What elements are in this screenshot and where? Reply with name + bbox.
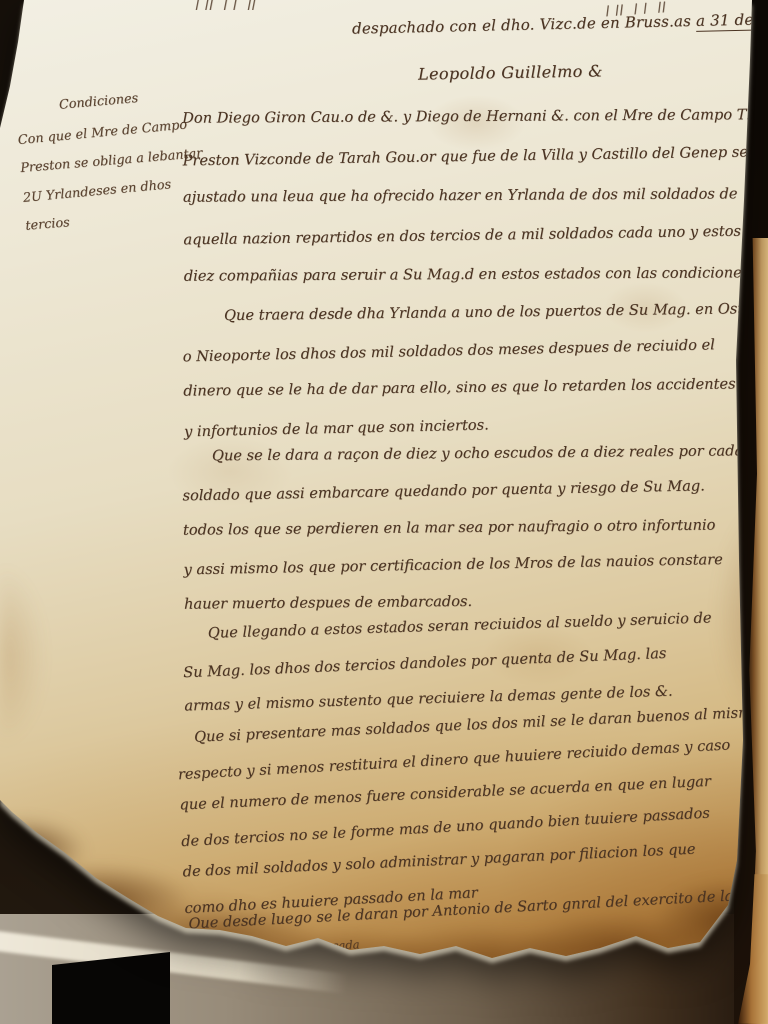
paragraph-1: Don Diego Giron Cau.o de &. y Diego de H… xyxy=(182,94,746,297)
manuscript-line: Preston Vizconde de Tarah Gou.or que fue… xyxy=(182,132,745,180)
manuscript-line: Don Diego Giron Cau.o de &. y Diego de H… xyxy=(182,95,744,138)
paragraph-3: Que se le dara a raçon de diez y ocho es… xyxy=(182,431,747,624)
manuscript-line: ajustado una leua que ha ofrecido hazer … xyxy=(183,174,745,217)
manuscript-page: ‸ǀ‸ǀǀ‸ ǀ‸ǀ ‸ǀǀ‸ ‸ǀ‸ǀǀ‸ ǀ‸ǀ ‸ǀǀ‸ despacha… xyxy=(0,0,768,1024)
manuscript-photo: ‸ǀ‸ǀǀ‸ ǀ‸ǀ ‸ǀǀ‸ ‸ǀ‸ǀǀ‸ ǀ‸ǀ ‸ǀǀ‸ despacha… xyxy=(0,0,768,1024)
dateline-date-underlined: a 31 de Março 1641 xyxy=(696,8,768,32)
page-wrapper: ‸ǀ‸ǀǀ‸ ǀ‸ǀ ‸ǀǀ‸ ‸ǀ‸ǀǀ‸ ǀ‸ǀ ‸ǀǀ‸ despacha… xyxy=(0,0,768,1024)
trimmed-top-line-strokes: ‸ǀ‸ǀǀ‸ ǀ‸ǀ ‸ǀǀ‸ xyxy=(190,0,400,10)
page-heading: Leopoldo Guillelmo & xyxy=(418,61,603,83)
manuscript-line: aquella nazion repartidos en dos tercios… xyxy=(183,211,746,259)
paragraph-2: Que traera desde dha Yrlanda a uno de lo… xyxy=(182,289,747,449)
catchword: cada xyxy=(332,937,360,952)
